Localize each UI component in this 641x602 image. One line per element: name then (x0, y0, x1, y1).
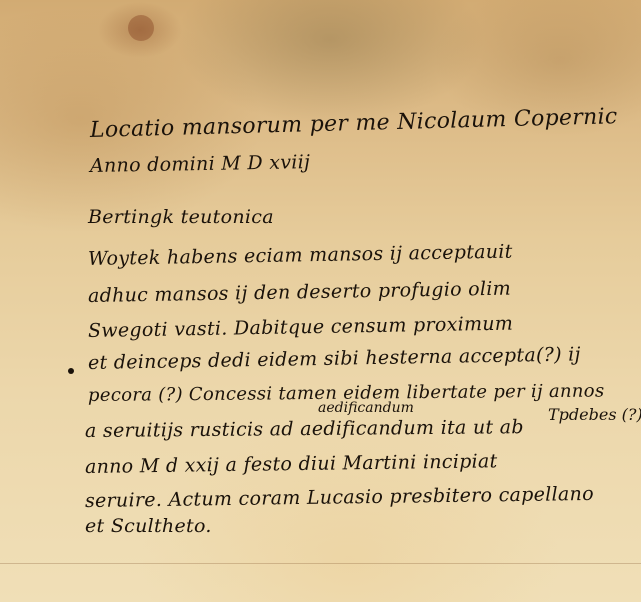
line-3: Bertingk teutonica (88, 206, 274, 228)
margin-note: Tpdebes (?) (548, 405, 641, 424)
line-9: a seruitijs rusticis ad aedificandum ita… (85, 416, 524, 442)
line-12: et Scultheto. (85, 515, 212, 537)
interlinear-insert: aedificandum (318, 400, 414, 416)
line-11: seruire. Actum coram Lucasio presbitero … (85, 483, 594, 512)
line-2: Anno domini M D xviij (90, 151, 311, 177)
margin-dot (68, 368, 74, 374)
line-10: anno M d xxij a festo diui Martini incip… (85, 450, 498, 478)
line-6: Swegoti vasti. Dabitque censum proximum (88, 313, 514, 342)
manuscript-page: Locatio mansorum per me Nicolaum Coperni… (0, 0, 641, 602)
line-5: adhuc mansos ij den deserto profugio oli… (88, 278, 511, 307)
line-7: et deinceps dedi eidem sibi hesterna acc… (88, 343, 581, 374)
stain (128, 15, 154, 41)
line-1: Locatio mansorum per me Nicolaum Coperni… (90, 104, 618, 143)
line-4: Woytek habens eciam mansos ij acceptauit (88, 241, 513, 270)
page-fold (0, 563, 641, 564)
